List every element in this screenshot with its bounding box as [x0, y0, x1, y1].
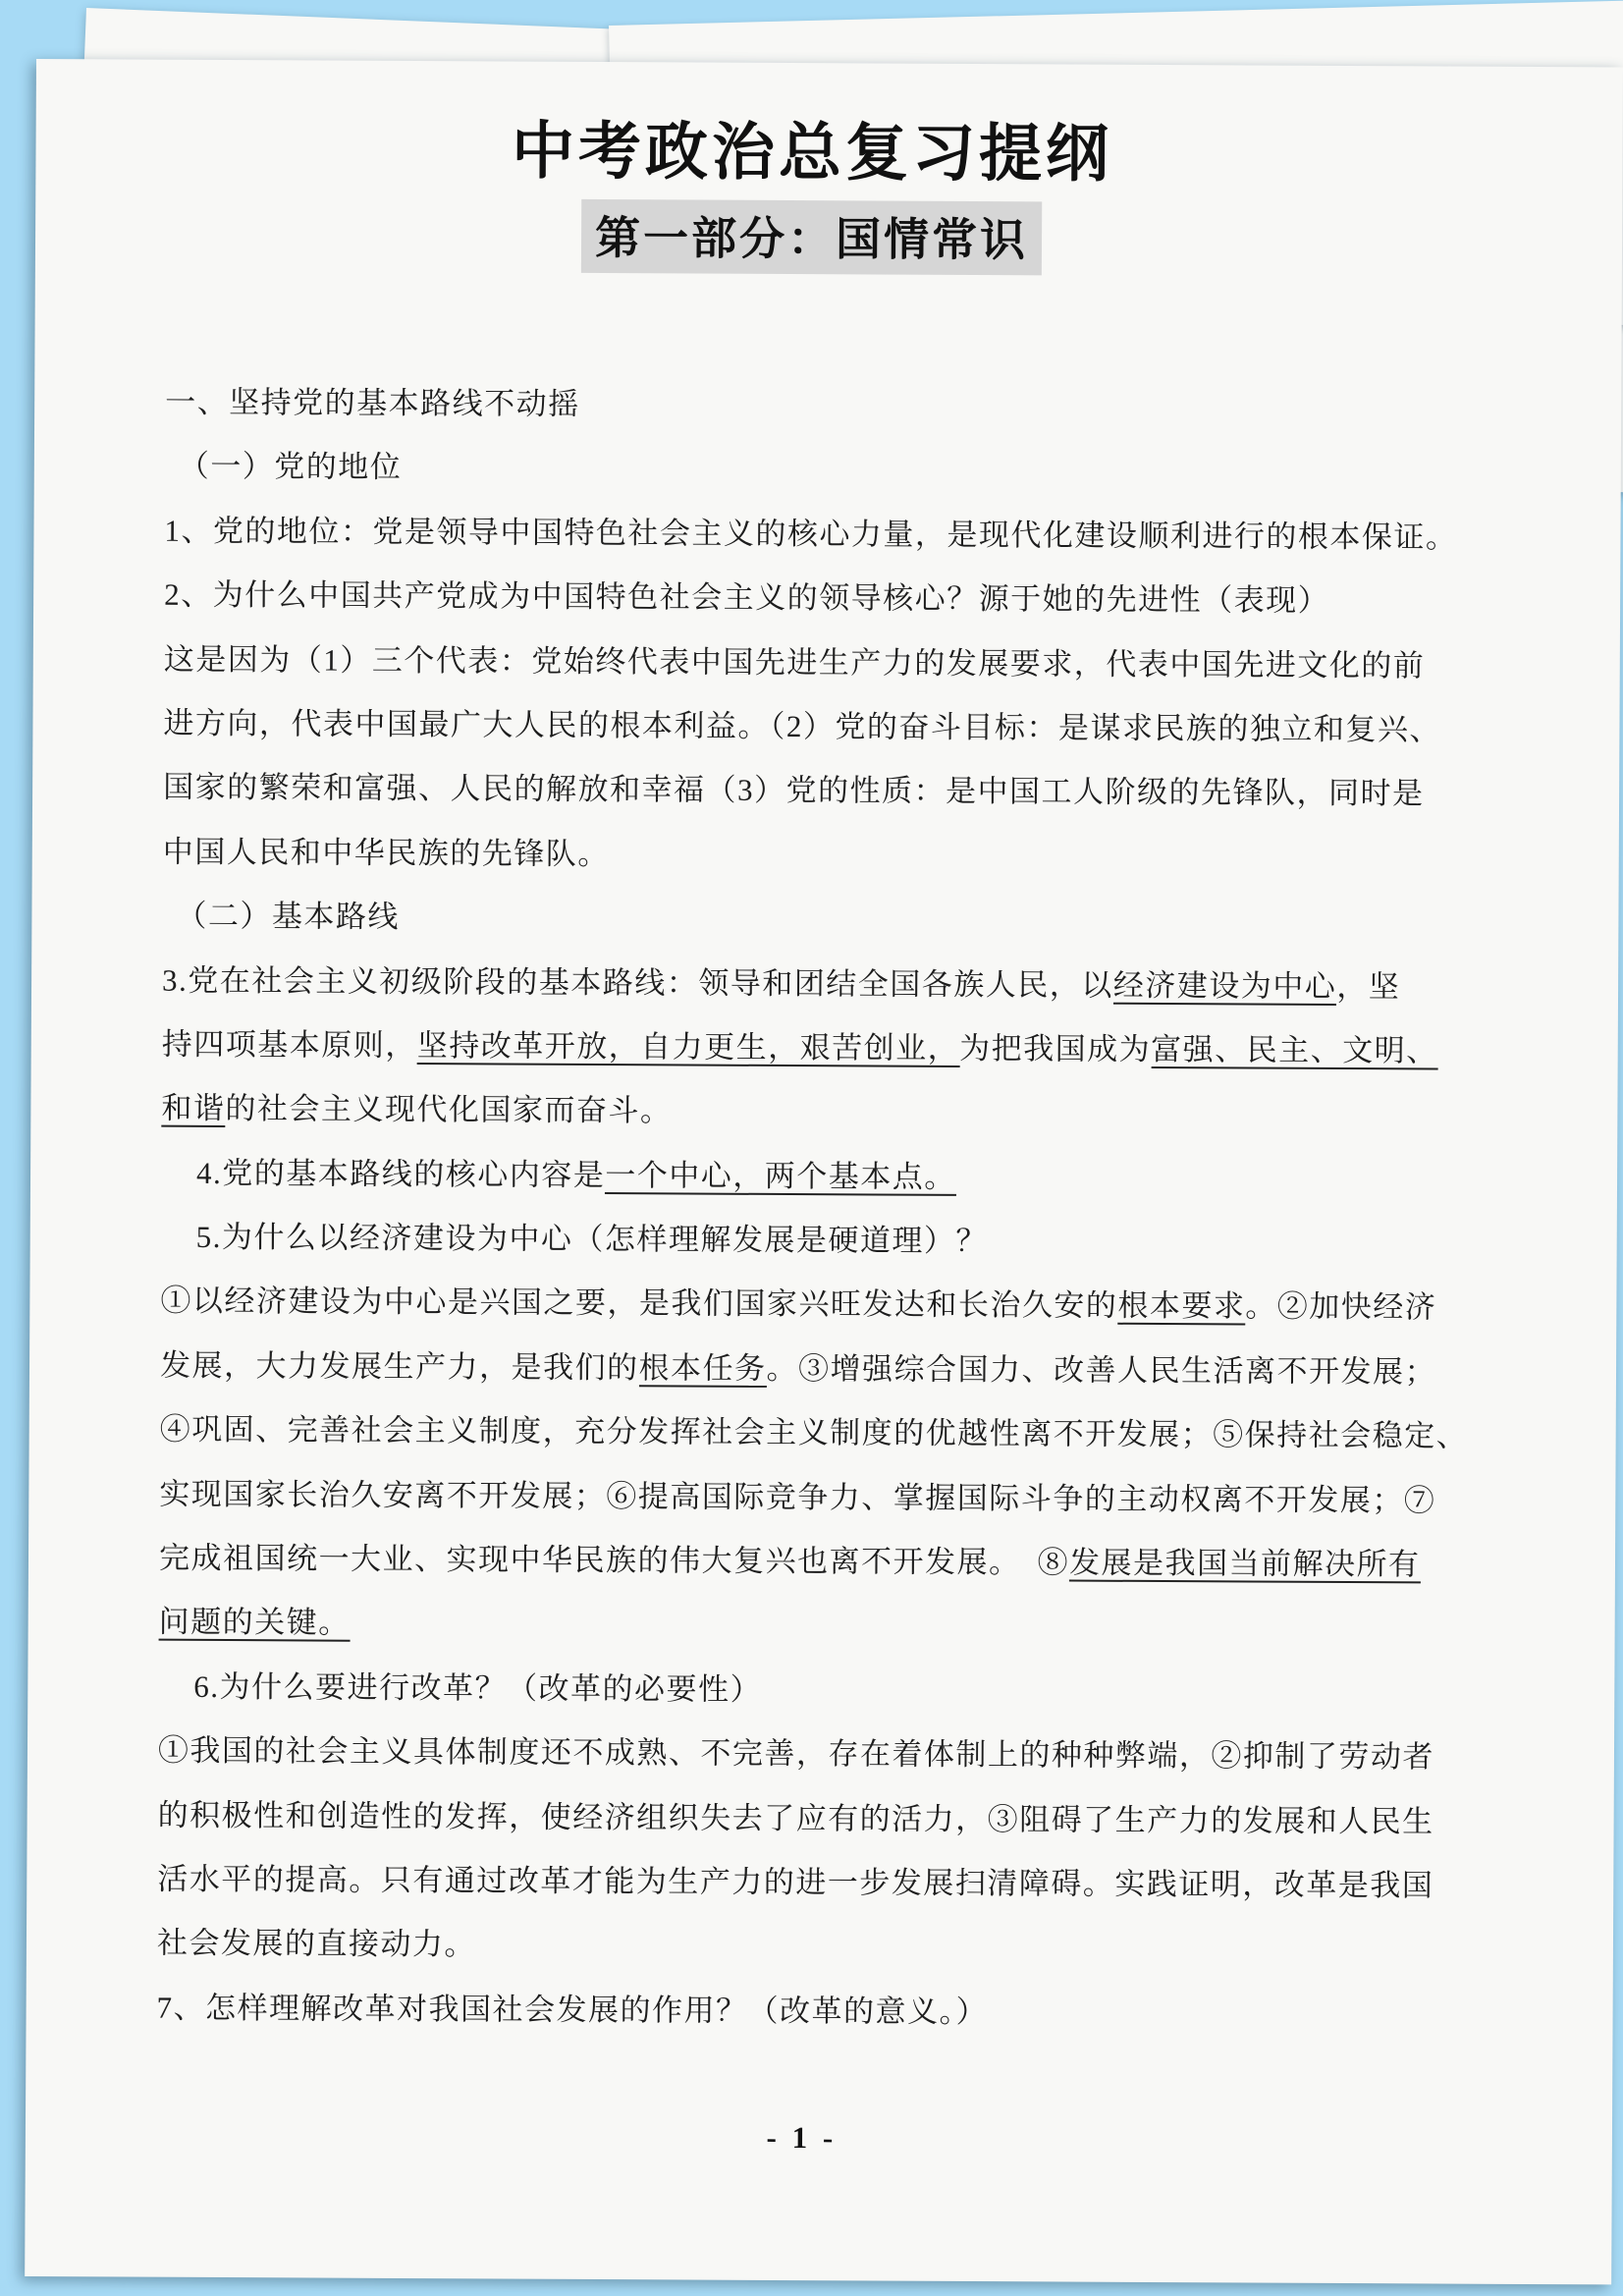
- text-segment: 活水平的提高。只有通过改革才能为生产力的进一步发展扫清障碍。实践证明，改革是我国: [157, 1862, 1434, 1903]
- underlined-text: 根本任务: [638, 1350, 766, 1388]
- section-heading: 第一部分：国情常识: [581, 199, 1042, 275]
- text-line: 完成祖国统一大业、实现中华民族的伟大复兴也离不开发展。 ⑧发展是我国当前解决所有: [159, 1526, 1615, 1598]
- text-line: （二）基本路线: [162, 884, 1618, 956]
- text-segment: ①以经济建设为中心是兴国之要，是我们国家兴旺发达和长治久安的: [160, 1284, 1117, 1323]
- text-line: 进方向，代表中国最广大人民的根本利益。（2）党的奋斗目标：是谋求民族的独立和复兴…: [163, 691, 1619, 763]
- text-segment: （一）党的地位: [179, 449, 403, 484]
- text-line: 发展，大力发展生产力，是我们的根本任务。③增强综合国力、改善人民生活离不开发展；: [160, 1334, 1616, 1405]
- text-line: 7、怎样理解改革对我国社会发展的作用？（改革的意义。）: [156, 1975, 1612, 2047]
- text-line: 活水平的提高。只有通过改革才能为生产力的进一步发展扫清障碍。实践证明，改革是我国: [157, 1847, 1613, 1919]
- text-line: ①我国的社会主义具体制度还不成熟、不完善，存在着体制上的种种弊端，②抑制了劳动者: [158, 1719, 1614, 1790]
- text-line: 社会发展的直接动力。: [157, 1911, 1613, 1983]
- text-line: 的积极性和创造性的发挥，使经济组织失去了应有的活力，③阻碍了生产力的发展和人民生: [157, 1782, 1613, 1854]
- text-segment: 4.党的基本路线的核心内容是: [196, 1156, 605, 1192]
- text-segment: 社会发展的直接动力。: [157, 1926, 476, 1962]
- underlined-text: 坚持改革开放，自力更生，艰苦创业，: [417, 1028, 960, 1067]
- text-segment: 一、坚持党的基本路线不动摇: [165, 385, 580, 421]
- underlined-text: 和谐: [161, 1091, 225, 1127]
- text-segment: 实现国家长治久安离不开发展；⑥提高国际竞争力、掌握国际斗争的主动权离不开发展；⑦: [159, 1476, 1435, 1517]
- text-segment: 完成祖国统一大业、实现中华民族的伟大复兴也离不开发展。 ⑧: [159, 1541, 1069, 1580]
- text-segment: 进方向，代表中国最广大人民的根本利益。（2）党的奋斗目标：是谋求民族的独立和复兴…: [163, 706, 1441, 747]
- text-segment: 3.党在社会主义初级阶段的基本路线：领导和团结全国各族人民，以: [162, 962, 1113, 1002]
- text-line: 实现国家长治久安离不开发展；⑥提高国际竞争力、掌握国际斗争的主动权离不开发展；⑦: [159, 1461, 1615, 1533]
- text-line: 中国人民和中华民族的先锋队。: [163, 819, 1619, 891]
- text-line: 1、党的地位：党是领导中国特色社会主义的核心力量，是现代化建设顺利进行的根本保证…: [164, 498, 1620, 570]
- text-segment: 7、怎样理解改革对我国社会发展的作用？（改革的意义。）: [157, 1990, 989, 2028]
- text-segment: 中国人民和中华民族的先锋队。: [163, 834, 610, 870]
- document-body: 一、坚持党的基本路线不动摇（一）党的地位1、党的地位：党是领导中国特色社会主义的…: [156, 370, 1621, 2048]
- text-segment: ④巩固、完善社会主义制度，充分发挥社会主义制度的优越性离不开发展；⑤保持社会稳定…: [160, 1412, 1469, 1453]
- text-segment: 。②加快经济: [1245, 1289, 1436, 1325]
- text-line: 6.为什么要进行改革？（改革的必要性）: [158, 1654, 1614, 1725]
- text-line: 一、坚持党的基本路线不动摇: [165, 370, 1621, 442]
- text-line: 国家的繁荣和富强、人民的解放和幸福（3）党的性质：是中国工人阶级的先锋队，同时是: [163, 755, 1619, 827]
- underlined-text: 经济建设为中心: [1113, 967, 1337, 1005]
- text-line: 问题的关键。: [158, 1590, 1614, 1662]
- text-line: ④巩固、完善社会主义制度，充分发挥社会主义制度的优越性离不开发展；⑤保持社会稳定…: [160, 1397, 1616, 1469]
- text-line: 5.为什么以经济建设为中心（怎样理解发展是硬道理）？: [161, 1205, 1617, 1277]
- text-segment: ①我国的社会主义具体制度还不成熟、不完善，存在着体制上的种种弊端，②抑制了劳动者: [158, 1733, 1434, 1775]
- text-line: 持四项基本原则，坚持改革开放，自力更生，艰苦创业，为把我国成为富强、民主、文明、: [162, 1012, 1618, 1084]
- document-header: 中考政治总复习提纲 第一部分：国情常识: [166, 60, 1458, 278]
- underlined-text: 问题的关键。: [159, 1605, 351, 1642]
- text-segment: 5.为什么以经济建设为中心（怎样理解发展是硬道理）？: [196, 1220, 988, 1258]
- text-line: （一）党的地位: [165, 434, 1621, 506]
- text-segment: 这是因为（1）三个代表：党始终代表中国先进生产力的发展要求，代表中国先进文化的前: [164, 641, 1426, 683]
- underlined-text: 根本要求: [1117, 1288, 1245, 1326]
- text-segment: 6.为什么要进行改革？（改革的必要性）: [193, 1669, 762, 1707]
- text-line: 和谐的社会主义现代化国家而奋斗。: [161, 1076, 1617, 1148]
- document-title: 中考政治总复习提纲: [166, 111, 1457, 196]
- page-number: - 1 -: [156, 2117, 1447, 2159]
- text-segment: 持四项基本原则，: [162, 1027, 417, 1063]
- text-line: 2、为什么中国共产党成为中国特色社会主义的领导核心？源于她的先进性（表现）: [164, 563, 1620, 634]
- text-segment: 发展，大力发展生产力，是我们的: [160, 1348, 639, 1386]
- text-segment: ，坚: [1336, 968, 1400, 1003]
- text-line: 3.党在社会主义初级阶段的基本路线：领导和团结全国各族人民，以经济建设为中心，坚: [162, 948, 1618, 1019]
- text-segment: （二）基本路线: [176, 899, 400, 934]
- underlined-text: 发展是我国当前解决所有: [1069, 1546, 1421, 1584]
- underlined-text: 一个中心，两个基本点。: [605, 1158, 956, 1196]
- text-segment: 国家的繁荣和富强、人民的解放和幸福（3）党的性质：是中国工人阶级的先锋队，同时是: [163, 770, 1425, 811]
- text-segment: 2、为什么中国共产党成为中国特色社会主义的领导核心？源于她的先进性（表现）: [164, 577, 1329, 618]
- text-segment: 的社会主义现代化国家而奋斗。: [225, 1091, 672, 1127]
- text-segment: 1、党的地位：党是领导中国特色社会主义的核心力量，是现代化建设顺利进行的根本保证…: [164, 513, 1457, 554]
- underlined-text: 富强、民主、文明、: [1151, 1032, 1438, 1070]
- text-segment: 为把我国成为: [959, 1031, 1151, 1066]
- text-segment: 。③增强综合国力、改善人民生活离不开发展；: [766, 1351, 1436, 1390]
- document-page: 中考政治总复习提纲 第一部分：国情常识 一、坚持党的基本路线不动摇（一）党的地位…: [25, 59, 1623, 2284]
- text-line: 4.党的基本路线的核心内容是一个中心，两个基本点。: [161, 1140, 1617, 1212]
- text-line: 这是因为（1）三个代表：党始终代表中国先进生产力的发展要求，代表中国先进文化的前: [164, 627, 1620, 698]
- text-segment: 的积极性和创造性的发挥，使经济组织失去了应有的活力，③阻碍了生产力的发展和人民生: [158, 1797, 1434, 1838]
- text-line: ①以经济建设为中心是兴国之要，是我们国家兴旺发达和长治久安的根本要求。②加快经济: [160, 1269, 1616, 1340]
